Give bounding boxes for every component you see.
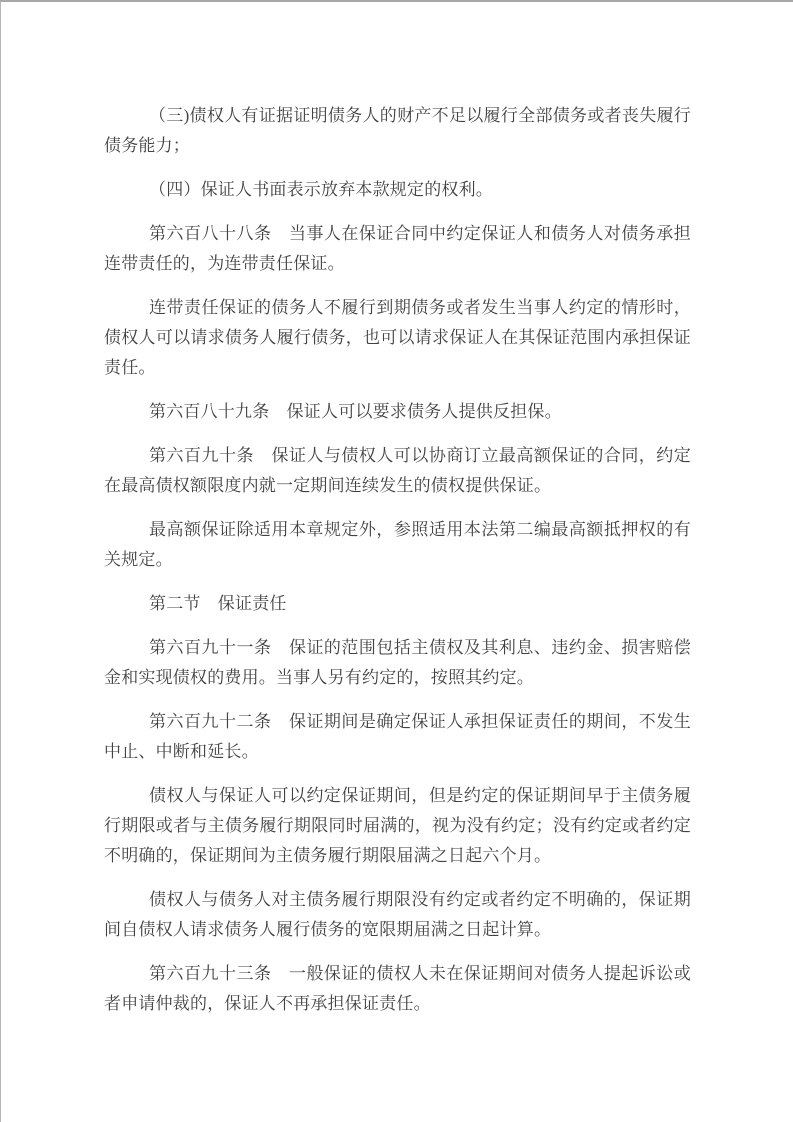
article-690-para-1: 第六百九十条 保证人与债权人可以协商订立最高额保证的合同，约定在最高债权额限度内… [104,441,691,501]
article-690-para-2: 最高额保证除适用本章规定外，参照适用本法第二编最高额抵押权的有关规定。 [104,515,691,575]
article-693: 第六百九十三条 一般保证的债权人未在保证期间对债务人提起诉讼或者申请仲裁的，保证… [104,959,691,1019]
section-heading: 第二节 保证责任 [104,589,691,619]
document-content: （三)债权人有证据证明债务人的财产不足以履行全部债务或者丧失履行债务能力；（四）… [104,101,691,1019]
article-692-para-1: 第六百九十二条 保证期间是确定保证人承担保证责任的期间，不发生中止、中断和延长。 [104,707,691,767]
clause-item-4: （四）保证人书面表示放弃本款规定的权利。 [104,175,691,205]
article-692-para-2: 债权人与保证人可以约定保证期间，但是约定的保证期间早于主债务履行期限或者与主债务… [104,781,691,871]
document-page: （三)债权人有证据证明债务人的财产不足以履行全部债务或者丧失履行债务能力；（四）… [0,0,793,1122]
clause-item-3: （三)债权人有证据证明债务人的财产不足以履行全部债务或者丧失履行债务能力； [104,101,691,161]
article-692-para-3: 债权人与债务人对主债务履行期限没有约定或者约定不明确的，保证期间自债权人请求债务… [104,885,691,945]
article-688-para-2: 连带责任保证的债务人不履行到期债务或者发生当事人约定的情形时，债权人可以请求债务… [104,293,691,383]
article-689: 第六百八十九条 保证人可以要求债务人提供反担保。 [104,397,691,427]
article-688-para-1: 第六百八十八条 当事人在保证合同中约定保证人和债务人对债务承担连带责任的，为连带… [104,219,691,279]
article-691: 第六百九十一条 保证的范围包括主债权及其利息、违约金、损害赔偿金和实现债权的费用… [104,633,691,693]
